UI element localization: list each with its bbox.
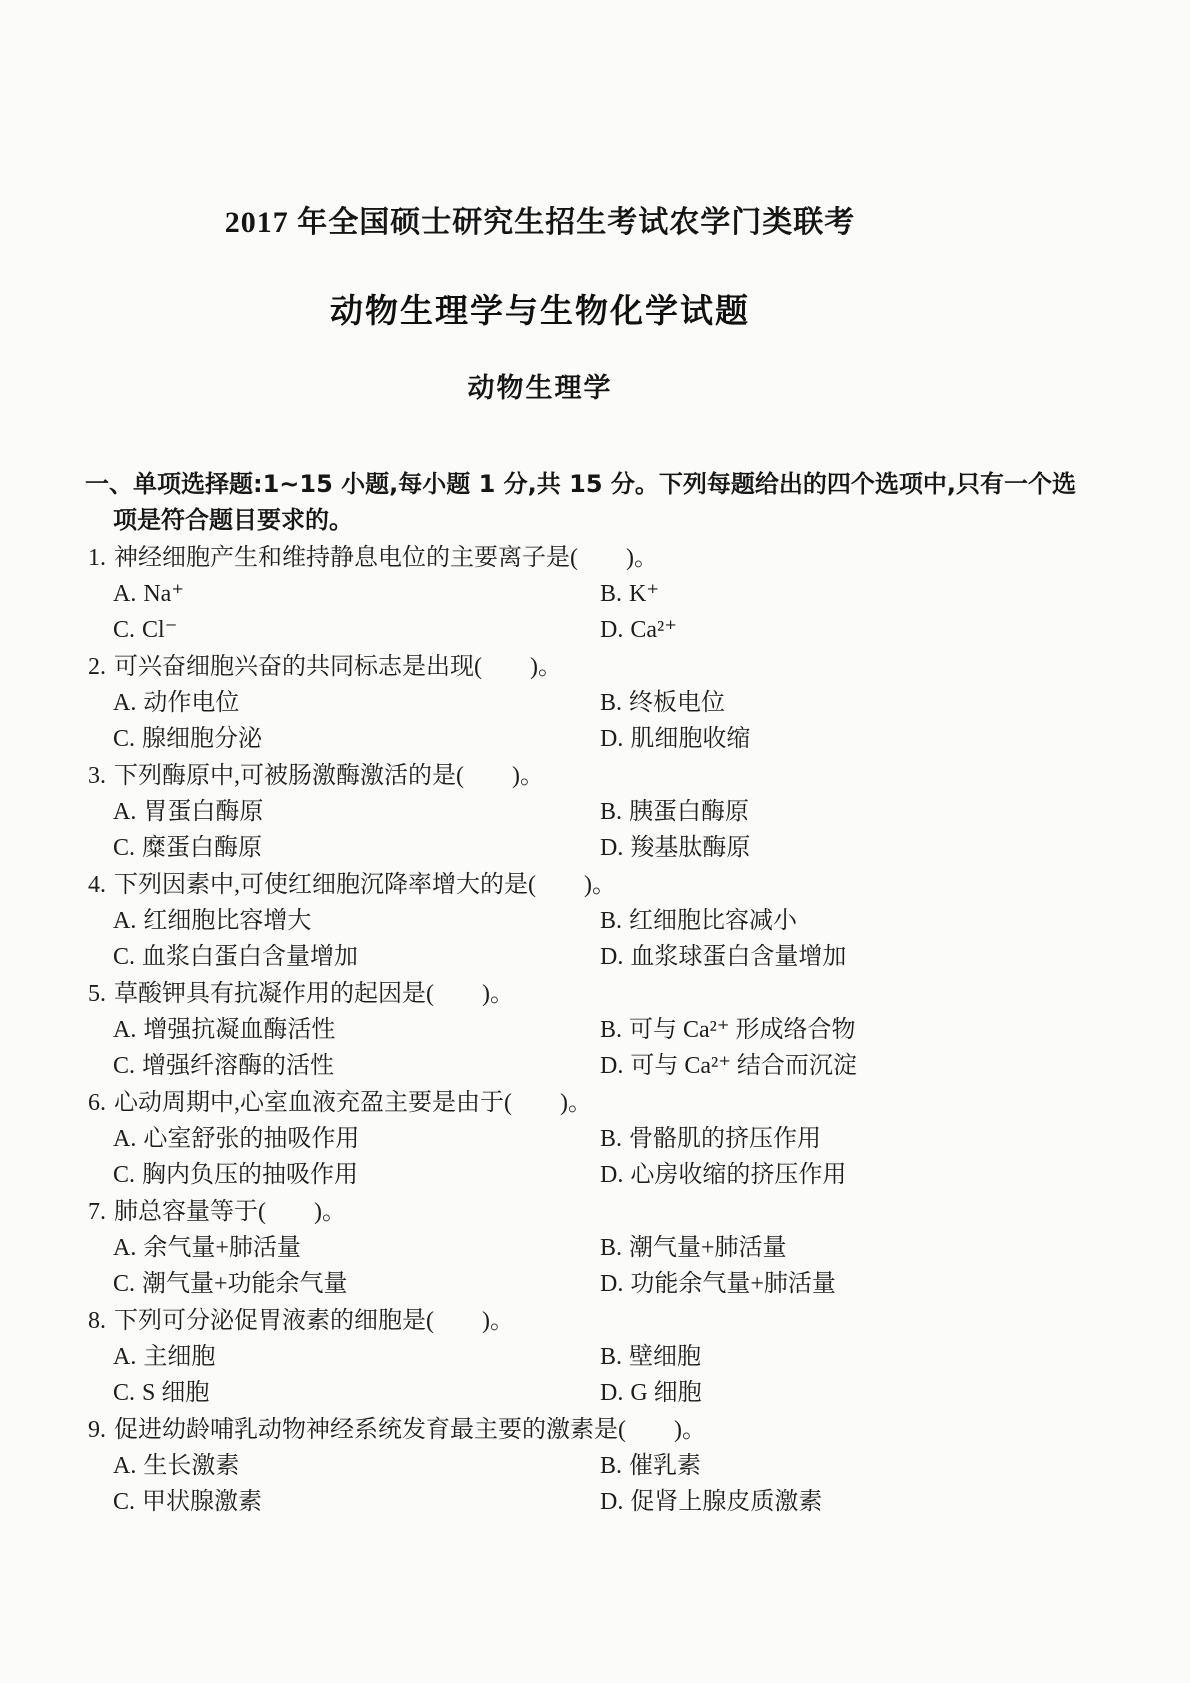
option-text: 潮气量+肺活量 xyxy=(629,1235,787,1261)
option-label: D. xyxy=(600,1489,623,1515)
option-d: D.可与 Ca²⁺ 结合而沉淀 xyxy=(600,1048,857,1084)
question-number: 9. xyxy=(85,1412,106,1448)
question-number: 6. xyxy=(85,1085,106,1121)
option-label: D. xyxy=(600,726,623,752)
options-row: C.潮气量+功能余气量 D.功能余气量+肺活量 xyxy=(85,1266,1105,1302)
option-c: C.腺细胞分泌 xyxy=(113,721,600,757)
option-d: D.血浆球蛋白含量增加 xyxy=(600,939,846,975)
option-c: C.血浆白蛋白含量增加 xyxy=(113,939,600,975)
option-text: 终板电位 xyxy=(629,690,725,716)
option-text: 潮气量+功能余气量 xyxy=(142,1271,348,1297)
option-text: Ca²⁺ xyxy=(630,617,677,643)
options-row: C.S 细胞 D.G 细胞 xyxy=(85,1375,1105,1411)
option-a: A.胃蛋白酶原 xyxy=(113,794,600,830)
option-text: 甲状腺激素 xyxy=(142,1489,262,1515)
question-stem: 5.草酸钾具有抗凝作用的起因是( )。 xyxy=(85,976,1105,1012)
option-text: 腺细胞分泌 xyxy=(142,726,262,752)
exam-title: 2017 年全国硕士研究生招生考试农学门类联考 xyxy=(85,205,995,241)
option-label: C. xyxy=(113,617,135,643)
option-c: C.潮气量+功能余气量 xyxy=(113,1266,600,1302)
option-b: B.终板电位 xyxy=(600,685,725,721)
question-5: 5.草酸钾具有抗凝作用的起因是( )。 A.增强抗凝血酶活性 B.可与 Ca²⁺… xyxy=(85,976,1105,1084)
option-d: D.促肾上腺皮质激素 xyxy=(600,1484,822,1520)
option-b: B.壁细胞 xyxy=(600,1339,701,1375)
option-d: D.G 细胞 xyxy=(600,1375,702,1411)
question-text: 下列因素中,可使红细胞沉降率增大的是( )。 xyxy=(114,872,616,898)
option-text: 壁细胞 xyxy=(629,1344,701,1370)
option-text: 催乳素 xyxy=(629,1453,701,1479)
option-text: 心室舒张的抽吸作用 xyxy=(143,1126,359,1152)
question-number: 8. xyxy=(85,1303,106,1339)
option-label: B. xyxy=(600,1453,622,1479)
option-d: D.功能余气量+肺活量 xyxy=(600,1266,836,1302)
option-c: C.S 细胞 xyxy=(113,1375,600,1411)
question-stem: 3.下列酶原中,可被肠激酶激活的是( )。 xyxy=(85,758,1105,794)
option-label: B. xyxy=(600,799,622,825)
option-text: 血浆球蛋白含量增加 xyxy=(630,944,846,970)
option-text: S 细胞 xyxy=(142,1380,209,1406)
options-row: A.余气量+肺活量 B.潮气量+肺活量 xyxy=(85,1230,1105,1266)
options-row: A.动作电位 B.终板电位 xyxy=(85,685,1105,721)
option-text: Na⁺ xyxy=(143,581,184,607)
question-8: 8.下列可分泌促胃液素的细胞是( )。 A.主细胞 B.壁细胞 C.S 细胞 D… xyxy=(85,1303,1105,1411)
option-label: B. xyxy=(600,690,622,716)
question-7: 7.肺总容量等于( )。 A.余气量+肺活量 B.潮气量+肺活量 C.潮气量+功… xyxy=(85,1194,1105,1302)
option-text: 糜蛋白酶原 xyxy=(142,835,262,861)
option-text: 红细胞比容增大 xyxy=(143,908,311,934)
options-row: A.生长激素 B.催乳素 xyxy=(85,1448,1105,1484)
option-c: C.甲状腺激素 xyxy=(113,1484,600,1520)
options-row: C.增强纤溶酶的活性 D.可与 Ca²⁺ 结合而沉淀 xyxy=(85,1048,1105,1084)
question-number: 1. xyxy=(85,540,106,576)
option-b: B.红细胞比容减小 xyxy=(600,903,797,939)
option-text: 动作电位 xyxy=(143,690,239,716)
option-text: 可与 Ca²⁺ 形成络合物 xyxy=(629,1017,856,1043)
option-label: C. xyxy=(113,1271,135,1297)
option-text: 红细胞比容减小 xyxy=(629,908,797,934)
option-label: A. xyxy=(113,908,136,934)
option-label: B. xyxy=(600,1017,622,1043)
option-a: A.动作电位 xyxy=(113,685,600,721)
option-text: K⁺ xyxy=(629,581,659,607)
options-row: C.甲状腺激素 D.促肾上腺皮质激素 xyxy=(85,1484,1105,1520)
option-c: C.胸内负压的抽吸作用 xyxy=(113,1157,600,1193)
question-text: 下列可分泌促胃液素的细胞是( )。 xyxy=(114,1308,514,1334)
option-label: A. xyxy=(113,799,136,825)
options-row: C.腺细胞分泌 D.肌细胞收缩 xyxy=(85,721,1105,757)
option-label: B. xyxy=(600,581,622,607)
option-label: C. xyxy=(113,726,135,752)
question-stem: 1.神经细胞产生和维持静息电位的主要离子是( )。 xyxy=(85,540,1105,576)
option-text: 心房收缩的挤压作用 xyxy=(630,1162,846,1188)
option-text: 羧基肽酶原 xyxy=(630,835,750,861)
option-c: C.增强纤溶酶的活性 xyxy=(113,1048,600,1084)
question-number: 4. xyxy=(85,867,106,903)
options-row: A.胃蛋白酶原 B.胰蛋白酶原 xyxy=(85,794,1105,830)
option-label: C. xyxy=(113,1489,135,1515)
option-a: A.余气量+肺活量 xyxy=(113,1230,600,1266)
option-label: C. xyxy=(113,1380,135,1406)
question-number: 7. xyxy=(85,1194,106,1230)
option-b: B.催乳素 xyxy=(600,1448,701,1484)
option-label: D. xyxy=(600,835,623,861)
question-9: 9.促进幼龄哺乳动物神经系统发育最主要的激素是( )。 A.生长激素 B.催乳素… xyxy=(85,1412,1105,1520)
options-row: A.Na⁺ B.K⁺ xyxy=(85,576,1105,612)
option-label: C. xyxy=(113,1053,135,1079)
option-text: 增强纤溶酶的活性 xyxy=(142,1053,334,1079)
option-text: 功能余气量+肺活量 xyxy=(630,1271,836,1297)
option-a: A.红细胞比容增大 xyxy=(113,903,600,939)
instructions-line-2: 项是符合题目要求的。 xyxy=(85,502,1105,538)
option-text: 促肾上腺皮质激素 xyxy=(630,1489,822,1515)
option-label: D. xyxy=(600,617,623,643)
option-a: A.主细胞 xyxy=(113,1339,600,1375)
question-text: 神经细胞产生和维持静息电位的主要离子是( )。 xyxy=(114,545,658,571)
option-label: C. xyxy=(113,944,135,970)
instructions-line-1: 一、单项选择题:1~15 小题,每小题 1 分,共 15 分。下列每题给出的四个… xyxy=(85,466,1105,502)
option-b: B.胰蛋白酶原 xyxy=(600,794,749,830)
options-row: C.胸内负压的抽吸作用 D.心房收缩的挤压作用 xyxy=(85,1157,1105,1193)
option-label: A. xyxy=(113,1453,136,1479)
option-label: A. xyxy=(113,1126,136,1152)
option-d: D.羧基肽酶原 xyxy=(600,830,750,866)
option-text: 余气量+肺活量 xyxy=(143,1235,301,1261)
option-a: A.生长激素 xyxy=(113,1448,600,1484)
options-row: A.红细胞比容增大 B.红细胞比容减小 xyxy=(85,903,1105,939)
question-number: 5. xyxy=(85,976,106,1012)
question-text: 可兴奋细胞兴奋的共同标志是出现( )。 xyxy=(114,654,562,680)
options-row: A.心室舒张的抽吸作用 B.骨骼肌的挤压作用 xyxy=(85,1121,1105,1157)
question-text: 肺总容量等于( )。 xyxy=(114,1199,346,1225)
options-row: A.主细胞 B.壁细胞 xyxy=(85,1339,1105,1375)
question-2: 2.可兴奋细胞兴奋的共同标志是出现( )。 A.动作电位 B.终板电位 C.腺细… xyxy=(85,649,1105,757)
option-label: A. xyxy=(113,581,136,607)
option-a: A.增强抗凝血酶活性 xyxy=(113,1012,600,1048)
option-label: A. xyxy=(113,1017,136,1043)
option-label: C. xyxy=(113,1162,135,1188)
option-label: A. xyxy=(113,1235,136,1261)
option-b: B.可与 Ca²⁺ 形成络合物 xyxy=(600,1012,856,1048)
scanned-exam-page: { "header": { "title": "2017 年全国硕士研究生招生考… xyxy=(0,0,1190,1683)
question-stem: 7.肺总容量等于( )。 xyxy=(85,1194,1105,1230)
option-text: Cl⁻ xyxy=(142,617,177,643)
option-label: B. xyxy=(600,1344,622,1370)
section-title: 动物生理学 xyxy=(85,372,995,406)
option-label: C. xyxy=(113,835,135,861)
options-row: C.糜蛋白酶原 D.羧基肽酶原 xyxy=(85,830,1105,866)
option-label: B. xyxy=(600,908,622,934)
option-text: 可与 Ca²⁺ 结合而沉淀 xyxy=(630,1053,857,1079)
options-row: C.血浆白蛋白含量增加 D.血浆球蛋白含量增加 xyxy=(85,939,1105,975)
option-text: 胰蛋白酶原 xyxy=(629,799,749,825)
question-4: 4.下列因素中,可使红细胞沉降率增大的是( )。 A.红细胞比容增大 B.红细胞… xyxy=(85,867,1105,975)
question-stem: 2.可兴奋细胞兴奋的共同标志是出现( )。 xyxy=(85,649,1105,685)
question-3: 3.下列酶原中,可被肠激酶激活的是( )。 A.胃蛋白酶原 B.胰蛋白酶原 C.… xyxy=(85,758,1105,866)
option-label: A. xyxy=(113,690,136,716)
question-list: 1.神经细胞产生和维持静息电位的主要离子是( )。 A.Na⁺ B.K⁺ C.C… xyxy=(85,540,1105,1520)
option-text: 生长激素 xyxy=(143,1453,239,1479)
question-text: 草酸钾具有抗凝作用的起因是( )。 xyxy=(114,981,514,1007)
option-label: B. xyxy=(600,1126,622,1152)
option-label: D. xyxy=(600,1053,623,1079)
option-c: C.糜蛋白酶原 xyxy=(113,830,600,866)
option-c: C.Cl⁻ xyxy=(113,612,600,648)
option-d: D.心房收缩的挤压作用 xyxy=(600,1157,846,1193)
option-b: B.潮气量+肺活量 xyxy=(600,1230,787,1266)
question-1: 1.神经细胞产生和维持静息电位的主要离子是( )。 A.Na⁺ B.K⁺ C.C… xyxy=(85,540,1105,648)
option-d: D.肌细胞收缩 xyxy=(600,721,750,757)
option-label: D. xyxy=(600,944,623,970)
option-label: B. xyxy=(600,1235,622,1261)
option-text: 骨骼肌的挤压作用 xyxy=(629,1126,821,1152)
option-text: 胃蛋白酶原 xyxy=(143,799,263,825)
question-stem: 9.促进幼龄哺乳动物神经系统发育最主要的激素是( )。 xyxy=(85,1412,1105,1448)
question-stem: 8.下列可分泌促胃液素的细胞是( )。 xyxy=(85,1303,1105,1339)
question-number: 2. xyxy=(85,649,106,685)
question-text: 心动周期中,心室血液充盈主要是由于( )。 xyxy=(114,1090,592,1116)
option-text: 增强抗凝血酶活性 xyxy=(143,1017,335,1043)
option-a: A.心室舒张的抽吸作用 xyxy=(113,1121,600,1157)
question-6: 6.心动周期中,心室血液充盈主要是由于( )。 A.心室舒张的抽吸作用 B.骨骼… xyxy=(85,1085,1105,1193)
option-text: 血浆白蛋白含量增加 xyxy=(142,944,358,970)
option-text: 主细胞 xyxy=(143,1344,215,1370)
exam-subtitle: 动物生理学与生物化学试题 xyxy=(85,288,995,334)
question-text: 下列酶原中,可被肠激酶激活的是( )。 xyxy=(114,763,544,789)
section-instructions: 一、单项选择题:1~15 小题,每小题 1 分,共 15 分。下列每题给出的四个… xyxy=(85,466,1105,538)
options-row: A.增强抗凝血酶活性 B.可与 Ca²⁺ 形成络合物 xyxy=(85,1012,1105,1048)
option-b: B.骨骼肌的挤压作用 xyxy=(600,1121,821,1157)
question-number: 3. xyxy=(85,758,106,794)
option-text: G 细胞 xyxy=(630,1380,701,1406)
header-block: 2017 年全国硕士研究生招生考试农学门类联考 动物生理学与生物化学试题 动物生… xyxy=(85,205,995,406)
option-label: D. xyxy=(600,1162,623,1188)
option-a: A.Na⁺ xyxy=(113,576,600,612)
exam-sheet: 2017 年全国硕士研究生招生考试农学门类联考 动物生理学与生物化学试题 动物生… xyxy=(85,205,1105,1520)
option-label: A. xyxy=(113,1344,136,1370)
option-label: D. xyxy=(600,1271,623,1297)
option-text: 肌细胞收缩 xyxy=(630,726,750,752)
option-text: 胸内负压的抽吸作用 xyxy=(142,1162,358,1188)
question-stem: 4.下列因素中,可使红细胞沉降率增大的是( )。 xyxy=(85,867,1105,903)
option-b: B.K⁺ xyxy=(600,576,659,612)
question-stem: 6.心动周期中,心室血液充盈主要是由于( )。 xyxy=(85,1085,1105,1121)
option-d: D.Ca²⁺ xyxy=(600,612,677,648)
question-text: 促进幼龄哺乳动物神经系统发育最主要的激素是( )。 xyxy=(114,1417,706,1443)
options-row: C.Cl⁻ D.Ca²⁺ xyxy=(85,612,1105,648)
option-label: D. xyxy=(600,1380,623,1406)
